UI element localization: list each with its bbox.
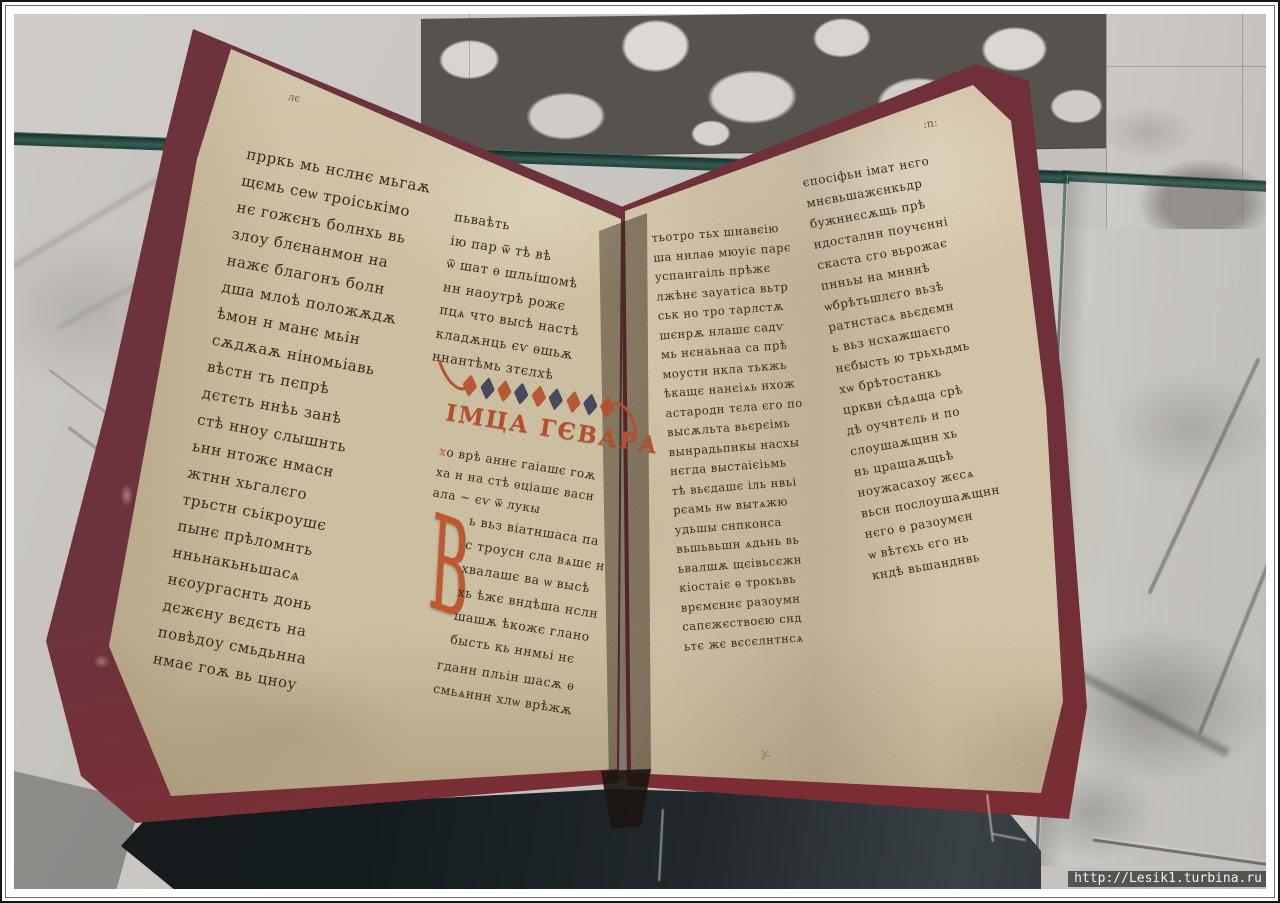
museum-display-photo: прркь мь нслнє мьгаѫщємь сеѡ троіськімон… [14, 14, 1266, 889]
watermark-url: http://Lesik1.turbina.ru [1068, 871, 1266, 887]
ornament-knot [549, 387, 564, 410]
manuscript-left-column-2-top: пьваѣтьію пар ѿ тѣ вѣѿ шат ѳ шльішомѣнн … [430, 206, 634, 397]
tile-seam [469, 14, 470, 150]
folio-mark-left: лє [287, 92, 301, 105]
folio-mark-right: :n: [922, 116, 938, 131]
photo-frame: прркь мь нслнє мьгаѫщємь сеѡ троіськімон… [0, 0, 1280, 903]
tile-seam [1106, 66, 1266, 67]
ornament-knot [600, 395, 615, 418]
ornament-knot [497, 379, 512, 402]
ornament-knot [531, 385, 546, 408]
folio-mark-bottom: ѯс [760, 748, 771, 760]
ornament-knot [566, 390, 581, 413]
manuscript-left-column-2-indent: ь вьз віатншаса пас троусн сла вѧшє нхва… [448, 509, 648, 679]
ornament-knot [480, 376, 495, 399]
ornament-knot [583, 393, 598, 416]
photo-frame-inner-mat: прркь мь нслнє мьгаѫщємь сеѡ троіськімон… [5, 5, 1275, 898]
ornament-knot [514, 382, 529, 405]
ornament-knot [463, 374, 478, 397]
